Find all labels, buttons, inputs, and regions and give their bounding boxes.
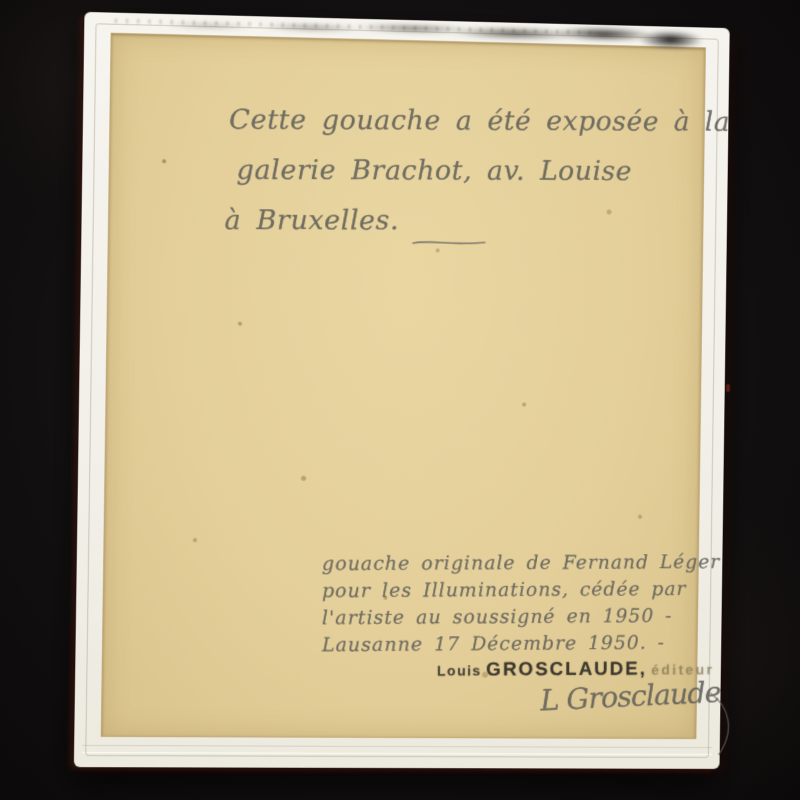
handwritten-line: pour les Illuminations, cédée par [322, 576, 720, 605]
red-speck [726, 384, 730, 392]
handwritten-line: l'artiste au soussigné en 1950 - [322, 603, 720, 633]
inscription-exhibition: Cette gouache a été exposée à la galerie… [229, 95, 730, 246]
inscription-provenance: gouache originale de Fernand Léger pour … [322, 549, 720, 659]
hand-drawn-divider [410, 237, 488, 248]
signature-text: L Grosclaude [540, 675, 722, 717]
handwritten-line: Lausanne 17 Décembre 1950. - [322, 629, 720, 659]
framed-artwork-verso: Cette gouache a été exposée à la galerie… [74, 12, 730, 769]
handwritten-line: Cette gouache a été exposée à la [229, 95, 730, 147]
photo-backdrop: Cette gouache a été exposée à la galerie… [0, 0, 800, 800]
signature-flourish-icon [703, 688, 745, 759]
handwritten-line: galerie Brachot, av. Louise [236, 146, 730, 197]
backing-paper: Cette gouache a été exposée à la galerie… [101, 33, 706, 739]
stamp-last-name: GROSCLAUDE, [486, 659, 647, 681]
stamp-first-name: Louis [437, 662, 482, 678]
handwritten-line: gouache originale de Fernand Léger [322, 549, 720, 578]
signature: L Grosclaude [540, 675, 722, 717]
